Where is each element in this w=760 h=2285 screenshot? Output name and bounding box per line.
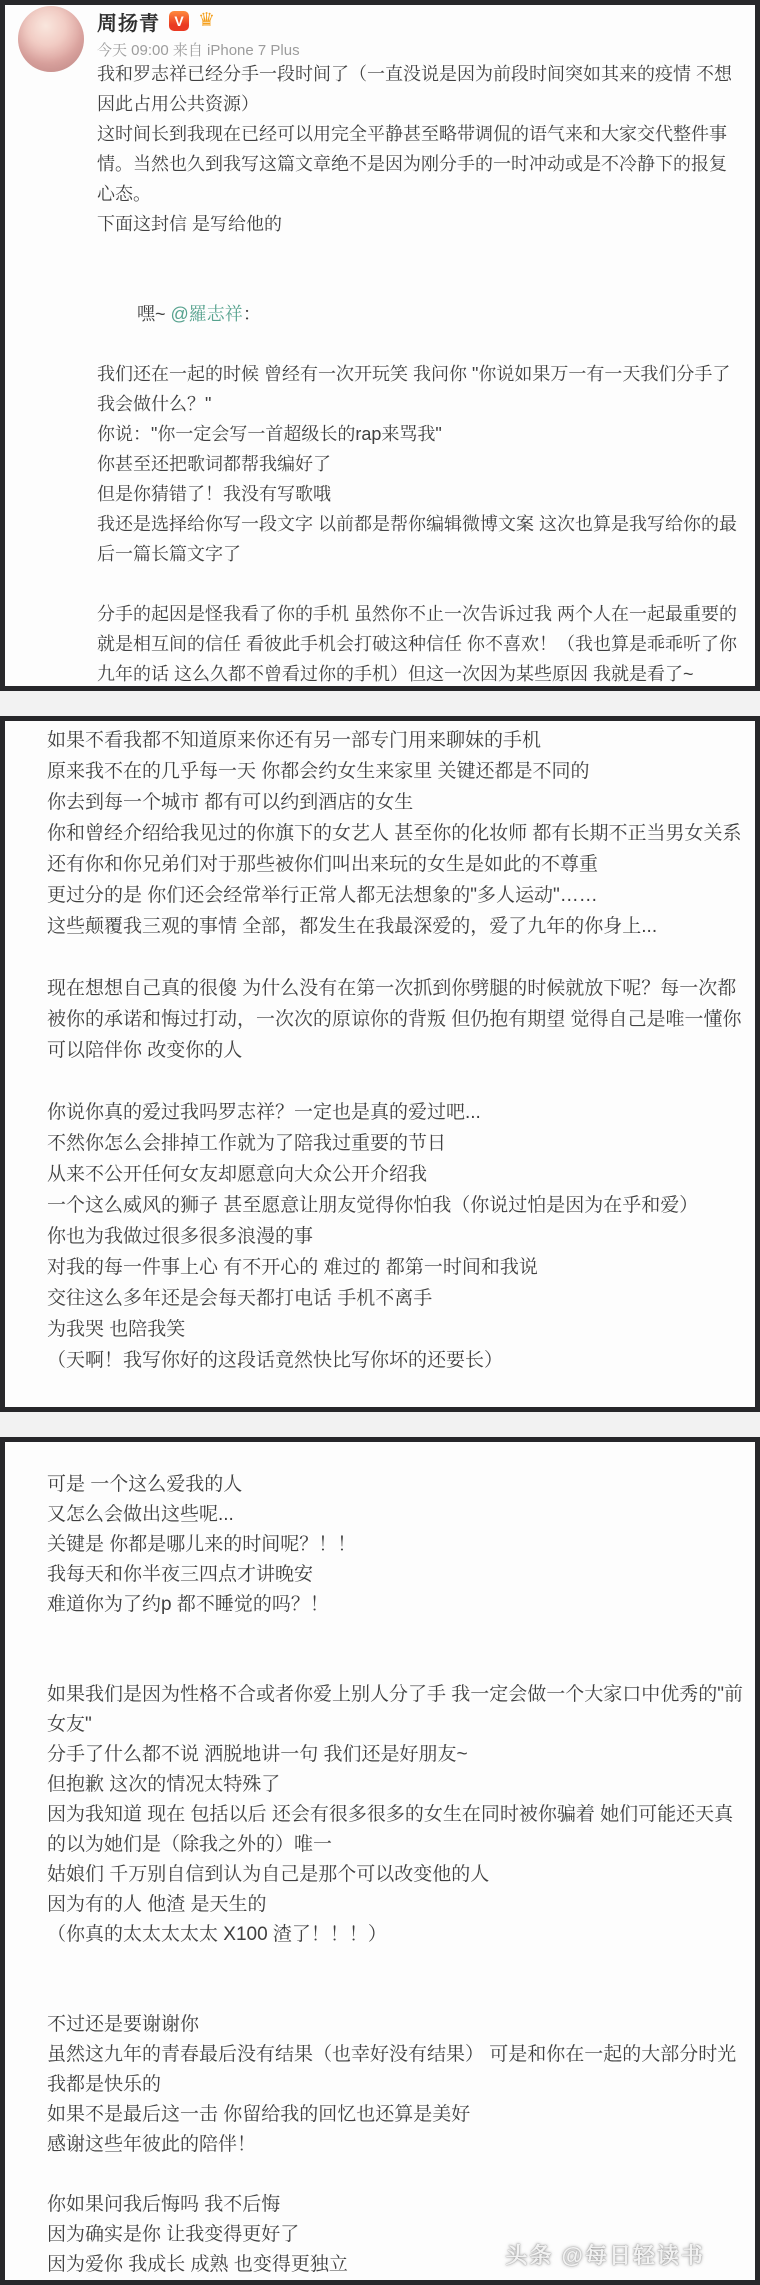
text-line: 关键是 你都是哪儿来的时间呢？！！ (47, 1530, 749, 1560)
text-line: 你说你真的爱过我吗罗志祥？一定也是真的爱过吧... (47, 1097, 749, 1128)
text-line: 如果不是最后这一击 你留给我的回忆也还算是美好 (47, 2100, 749, 2130)
text-line: 你如果问我后悔吗 我不后悔 (47, 2190, 749, 2220)
blank-line (47, 1620, 749, 1650)
author-name[interactable]: 周扬青 (97, 7, 160, 36)
letter-text-block-3: 可是 一个这么爱我的人又怎么会做出这些呢...关键是 你都是哪儿来的时间呢？！！… (47, 1470, 749, 2280)
text-line: 对我的每一件事上心 有不开心的 难过的 都第一时间和我说 (47, 1252, 749, 1283)
blank-line (47, 1980, 749, 2010)
text-line: 你说："你一定会写一首超级长的rap来骂我" (97, 419, 737, 449)
avatar[interactable] (18, 6, 84, 72)
text-line: 不过还是要谢谢你 (47, 2010, 749, 2040)
blank-line (47, 2160, 749, 2190)
text-line: 姑娘们 千万别自信到认为自己是那个可以改变他的人 (47, 1860, 749, 1890)
text-line: 因为我知道 现在 包括以后 还会有很多很多的女生在同时被你骗着 她们可能还天真的… (47, 1800, 749, 1860)
text-line: 更过分的是 你们还会经常举行正常人都无法想象的"多人运动"…… (47, 880, 749, 911)
text-line: 我每天和你半夜三四点才讲晚安 (47, 1560, 749, 1590)
text-line: 你去到每一个城市 都有可以约到酒店的女生 (47, 787, 749, 818)
text-line: 如果我们是因为性格不合或者你爱上别人分了手 我一定会做一个大家口中优秀的"前女友… (47, 1680, 749, 1740)
text-line: 也还好是看了！ (97, 689, 737, 691)
post-timestamp-source: 今天 09:00 来自 iPhone 7 Plus (97, 39, 755, 59)
text-line: 我还是选择给你写一段文字 以前都是帮你编辑微博文案 这次也算是我写给你的最后一篇… (97, 509, 737, 569)
text-line: 如果不看我都不知道原来你还有另一部专门用来聊妹的手机 (47, 725, 749, 756)
text-line: 现在想想自己真的很傻 为什么没有在第一次抓到你劈腿的时候就放下呢？每一次都被你的… (47, 973, 749, 1066)
letter-continuation-card-2: 可是 一个这么爱我的人又怎么会做出这些呢...关键是 你都是哪儿来的时间呢？！！… (0, 1437, 760, 2285)
text-line: 但是你猜错了！我没有写歌哦 (97, 479, 737, 509)
text-line: （天啊！我写你好的这段话竟然快比写你坏的还要长） (47, 1345, 749, 1376)
text-line: 感谢这些年彼此的陪伴！ (47, 2130, 749, 2160)
text-line: 我们还在一起的时候 曾经有一次开玩笑 我问你 "你说如果万一有一天我们分手了我会… (97, 359, 737, 419)
text-line: 但抱歉 这次的情况太特殊了 (47, 1770, 749, 1800)
text-line: 可是 一个这么爱我的人 (47, 1470, 749, 1500)
text-line: 我和罗志祥已经分手一段时间了（一直没说是因为前段时间突如其来的疫情 不想因此占用… (97, 59, 737, 119)
text-line: 下面这封信 是写给他的 (97, 209, 737, 239)
post-intro-text: 我和罗志祥已经分手一段时间了（一直没说是因为前段时间突如其来的疫情 不想因此占用… (97, 59, 737, 269)
weibo-post-card: 周扬青 V ♛ 今天 09:00 来自 iPhone 7 Plus 我和罗志祥已… (0, 0, 760, 691)
mention-prefix: 嘿~ (137, 304, 171, 324)
text-line: 还有你和你兄弟们对于那些被你们叫出来玩的女生是如此的不尊重 (47, 849, 749, 880)
mention-link[interactable]: @羅志祥 (171, 304, 243, 324)
text-line: 这些颠覆我三观的事情 全部，都发生在我最深爱的，爱了九年的你身上... (47, 911, 749, 942)
verified-v-icon: V (169, 11, 189, 31)
post-header: 周扬青 V ♛ 今天 09:00 来自 iPhone 7 Plus (97, 7, 755, 59)
text-line: （你真的太太太太太 X100 渣了！！！） (47, 1920, 749, 1950)
post-letter-text: 我们还在一起的时候 曾经有一次开玩笑 我问你 "你说如果万一有一天我们分手了我会… (97, 359, 737, 691)
letter-continuation-card-1: 如果不看我都不知道原来你还有另一部专门用来聊妹的手机原来我不在的几乎每一天 你都… (0, 716, 760, 1412)
text-line: 从来不公开任何女友却愿意向大众公开介绍我 (47, 1159, 749, 1190)
blank-line (97, 569, 737, 599)
text-line: 这时间长到我现在已经可以用完全平静甚至略带调侃的语气来和大家交代整件事情。当然也… (97, 119, 737, 209)
text-line: 因为有的人 他渣 是天生的 (47, 1890, 749, 1920)
weibo-screenshot-page: 周扬青 V ♛ 今天 09:00 来自 iPhone 7 Plus 我和罗志祥已… (0, 0, 760, 2285)
author-row: 周扬青 V ♛ (97, 7, 755, 35)
text-line: 虽然这九年的青春最后没有结果（也幸好没有结果） 可是和你在一起的大部分时光 我都… (47, 2040, 749, 2100)
text-line: 原来我不在的几乎每一天 你都会约女生来家里 关键还都是不同的 (47, 756, 749, 787)
text-line: 你和曾经介绍给我见过的你旗下的女艺人 甚至你的化妆师 都有长期不正当男女关系 (47, 818, 749, 849)
mention-suffix: ： (243, 304, 261, 324)
text-line: 一个这么威风的狮子 甚至愿意让朋友觉得你怕我（你说过怕是因为在乎和爱） (47, 1190, 749, 1221)
text-line: 难道你为了约p 都不睡觉的吗？！ (47, 1590, 749, 1620)
watermark-text: 头条 @每日轻读书 (505, 2243, 705, 2268)
text-line: 分手了什么都不说 洒脱地讲一句 我们还是好朋友~ (47, 1740, 749, 1770)
text-line: 分手的起因是怪我看了你的手机 虽然你不止一次告诉过我 两个人在一起最重要的就是相… (97, 599, 737, 689)
text-line: 你甚至还把歌词都帮我编好了 (97, 449, 737, 479)
text-line: 为我哭 也陪我笑 (47, 1314, 749, 1345)
blank-line (97, 239, 737, 269)
text-line: 你也为我做过很多很多浪漫的事 (47, 1221, 749, 1252)
vip-crown-icon: ♛ (198, 11, 215, 31)
mention-line: 嘿~ @羅志祥： (97, 269, 737, 359)
text-line: 又怎么会做出这些呢... (47, 1500, 749, 1530)
letter-text-block-2: 如果不看我都不知道原来你还有另一部专门用来聊妹的手机原来我不在的几乎每一天 你都… (47, 725, 749, 1376)
blank-line (47, 1066, 749, 1097)
watermark: 头条 @每日轻读书 (505, 2239, 705, 2270)
text-line: 不然你怎么会排掉工作就为了陪我过重要的节日 (47, 1128, 749, 1159)
blank-line (47, 1650, 749, 1680)
blank-line (47, 1950, 749, 1980)
text-line: 交往这么多年还是会每天都打电话 手机不离手 (47, 1283, 749, 1314)
blank-line (47, 942, 749, 973)
